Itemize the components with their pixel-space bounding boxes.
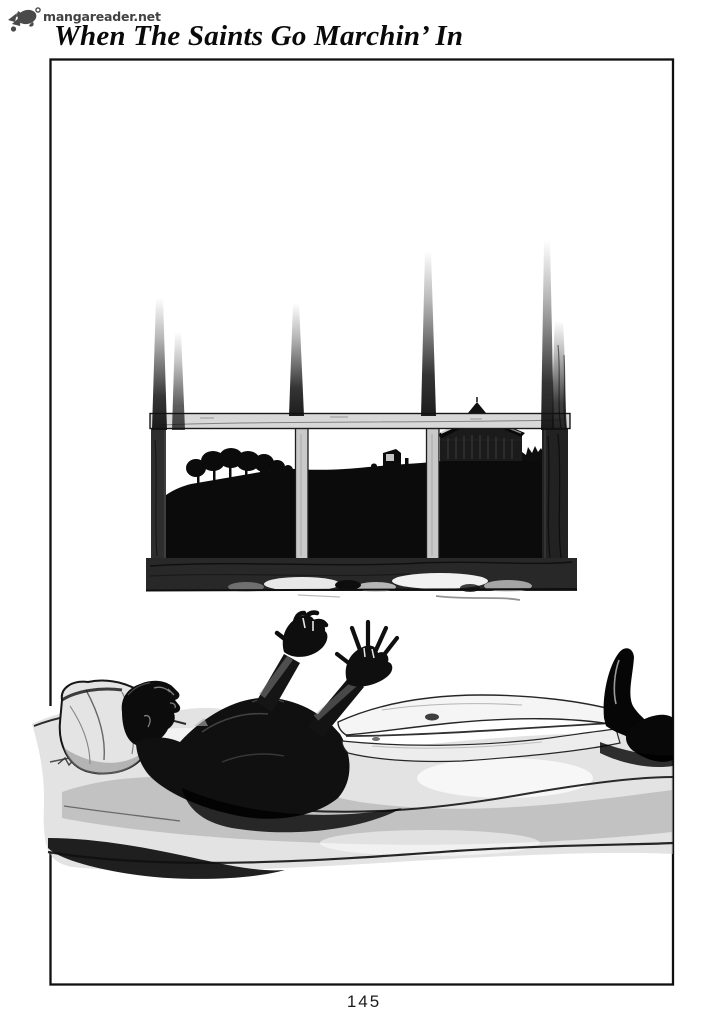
window-illustration <box>146 240 577 600</box>
window-streaks <box>152 240 567 430</box>
window-sill <box>146 558 577 600</box>
panel-artwork[interactable] <box>0 0 728 1031</box>
figure-illustration <box>32 613 673 879</box>
manga-panel[interactable] <box>0 0 728 1031</box>
manga-page: mangareader.net When The Saints Go March… <box>0 0 728 1031</box>
page-number: 145 <box>0 992 728 1012</box>
boots-illustration <box>600 648 673 767</box>
